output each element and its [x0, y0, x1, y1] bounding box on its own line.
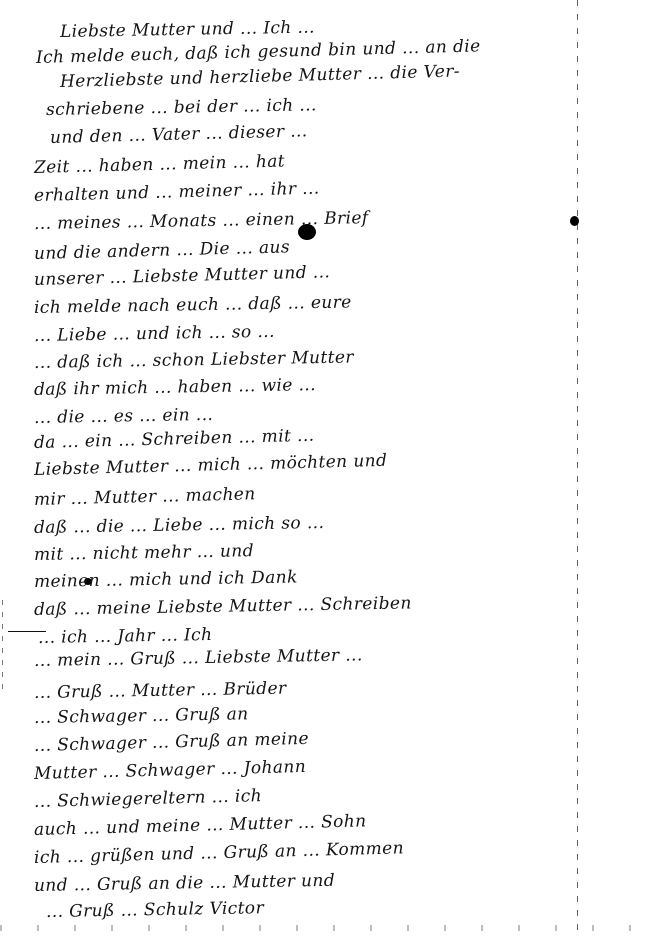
right-margin-rule	[577, 0, 578, 937]
handwritten-line: ... Schwager ... Gruß an	[34, 704, 249, 728]
handwritten-line: schriebene ... bei der ... ich ...	[46, 95, 317, 120]
handwritten-line: da ... ein ... Schreiben ... mit ...	[34, 426, 315, 453]
handwritten-line: Liebste Mutter und ... Ich ...	[60, 18, 315, 42]
scan-noise-specks	[0, 925, 664, 931]
handwritten-line: ich ... grüßen und ... Gruß an ... Komme…	[34, 838, 405, 868]
handwritten-line: und den ... Vater ... dieser ...	[50, 121, 308, 148]
handwritten-line: und ... Gruß an die ... Mutter und	[34, 871, 335, 896]
handwritten-line: ... Liebe ... und ich ... so ...	[34, 322, 275, 346]
handwritten-line: Herzliebste und herzliebe Mutter ... die…	[60, 62, 460, 92]
handwritten-line: unserer ... Liebste Mutter und ...	[34, 262, 331, 290]
handwritten-line: ... meines ... Monats ... einen ... Brie…	[34, 208, 369, 234]
handwritten-line: mir ... Mutter ... machen	[34, 484, 256, 510]
handwritten-line: ich melde nach euch ... daß ... eure	[34, 292, 352, 318]
handwritten-line: daß ... die ... Liebe ... mich so ...	[34, 513, 325, 538]
handwritten-line: ... Gruß ... Mutter ... Brüder	[34, 679, 287, 703]
handwritten-line: daß ... meine Liebste Mutter ... Schreib…	[34, 593, 412, 620]
handwritten-line: Liebste Mutter ... mich ... möchten und	[34, 451, 388, 480]
handwritten-line: Zeit ... haben ... mein ... hat	[34, 151, 286, 178]
handwritten-line: ... Schwager ... Gruß an meine	[34, 729, 309, 756]
scanned-letter-page: Liebste Mutter und ... Ich ... Ich melde…	[0, 0, 664, 937]
handwritten-line: ... ich ... Jahr ... Ich	[38, 625, 213, 648]
signature-line: ... Gruß ... Schulz Victor	[46, 898, 264, 922]
handwritten-line: Mutter ... Schwager ... Johann	[34, 757, 307, 784]
handwritten-line: ... Schwiegereltern ... ich	[34, 786, 262, 812]
handwritten-line: auch ... und meine ... Mutter ... Sohn	[34, 811, 367, 840]
handwritten-line: ... mein ... Gruß ... Liebste Mutter ...	[34, 645, 363, 671]
handwritten-line: ... daß ich ... schon Liebster Mutter	[34, 347, 354, 373]
ink-blot	[570, 216, 579, 226]
handwritten-line: daß ihr mich ... haben ... wie ...	[34, 375, 316, 400]
handwritten-line: erhalten und ... meiner ... ihr ...	[34, 179, 320, 206]
handwritten-line: ... die ... es ... ein ...	[34, 405, 214, 428]
handwritten-line: meinen ... mich und ich Dank	[34, 567, 298, 592]
handwritten-line: und die andern ... Die ... aus	[34, 237, 290, 264]
left-margin-rule	[2, 600, 3, 690]
handwritten-line: mit ... nicht mehr ... und	[34, 541, 254, 565]
